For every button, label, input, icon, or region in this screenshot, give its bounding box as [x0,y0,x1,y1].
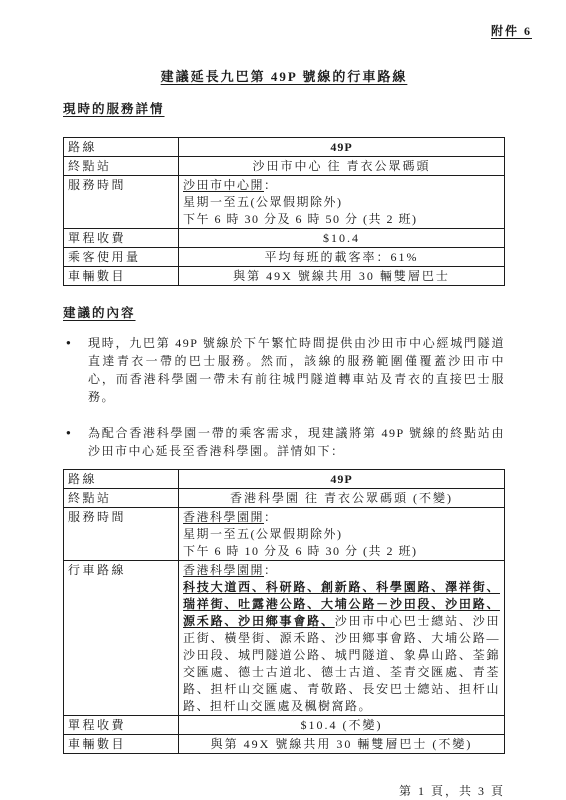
row-label-route: 路線 [64,138,179,157]
routing-streets: 科技大道西、科研路、創新路、科學園路、澤祥街、瑞祥街、吐露港公路、大埔公路－沙田… [183,579,500,715]
row-value-terminus: 沙田市中心 往 青衣公眾碼頭 [179,157,505,176]
row-label-service-hours: 服務時間 [64,508,179,561]
page-title: 建議延長九巴第 49P 號線的行車路線 [63,68,505,86]
row-label-fleet: 車輛數目 [64,735,179,754]
table-row-terminus: 終點站 沙田市中心 往 青衣公眾碼頭 [64,157,505,176]
table-row-fleet: 車輛數目 與第 49X 號線共用 30 輛雙層巴士 (不變) [64,735,505,754]
service-hours-times: 下午 6 時 30 分及 6 時 50 分 (共 2 班) [183,211,500,228]
row-label-route: 路線 [64,470,179,489]
table-row-route: 路線 49P [64,138,505,157]
row-label-fare: 單程收費 [64,229,179,248]
table-row-fare: 單程收費 $10.4 (不變) [64,716,505,735]
service-hours-days: 星期一至五(公眾假期除外) [183,526,500,543]
row-label-fleet: 車輛數目 [64,267,179,286]
routing-existing-segment: 沙田市中心巴士總站、沙田正街、橫壆街、源禾路、沙田鄉事會路、大埔公路—沙田段、城… [183,614,500,713]
proposed-service-table: 路線 49P 終點站 香港科學園 往 青衣公眾碼頭 (不變) 服務時間 香港科學… [63,469,505,754]
routing-origin: 香港科學園開 [183,563,264,577]
table-row-service-hours: 服務時間 沙田市中心開： 星期一至五(公眾假期除外) 下午 6 時 30 分及 … [64,176,505,229]
service-hours-origin: 香港科學園開 [183,510,264,524]
document-page: 附件 6 建議延長九巴第 49P 號線的行車路線 現時的服務詳情 路線 49P … [0,0,566,800]
table-row-service-hours: 服務時間 香港科學園開： 星期一至五(公眾假期除外) 下午 6 時 10 分及 … [64,508,505,561]
service-hours-origin: 沙田市中心開 [183,178,264,192]
row-value-terminus: 香港科學園 往 青衣公眾碼頭 (不變) [179,489,505,508]
section-heading-current-service: 現時的服務詳情 [63,100,505,118]
service-hours-colon: ： [264,510,278,524]
table-row-terminus: 終點站 香港科學園 往 青衣公眾碼頭 (不變) [64,489,505,508]
row-label-patronage: 乘客使用量 [64,248,179,267]
proposal-bullet-2-text: 為配合香港科學園一帶的乘客需求，現建議將第 49P 號線的終點站由沙田市中心延長… [88,424,505,460]
row-label-service-hours: 服務時間 [64,176,179,229]
table-row-routing: 行車路線 香港科學園開： 科技大道西、科研路、創新路、科學園路、澤祥街、瑞祥街、… [64,561,505,716]
bullet-icon: ● [63,424,88,460]
table-row-fleet: 車輛數目 與第 49X 號線共用 30 輛雙層巴士 [64,267,505,286]
row-value-fleet: 與第 49X 號線共用 30 輛雙層巴士 [179,267,505,286]
row-label-routing: 行車路線 [64,561,179,716]
row-label-fare: 單程收費 [64,716,179,735]
row-value-routing: 香港科學園開： 科技大道西、科研路、創新路、科學園路、澤祥街、瑞祥街、吐露港公路… [179,561,505,716]
current-service-table: 路線 49P 終點站 沙田市中心 往 青衣公眾碼頭 服務時間 沙田市中心開： 星… [63,137,505,286]
row-label-terminus: 終點站 [64,157,179,176]
service-hours-colon: ： [264,178,278,192]
bullet-icon: ● [63,334,88,406]
service-hours-times: 下午 6 時 10 分及 6 時 30 分 (共 2 班) [183,543,500,560]
page-number: 第 1 頁，共 3 頁 [63,782,505,800]
routing-origin-line: 香港科學園開： [183,562,500,579]
routing-colon: ： [264,563,278,577]
service-hours-days: 星期一至五(公眾假期除外) [183,194,500,211]
row-value-service-hours: 沙田市中心開： 星期一至五(公眾假期除外) 下午 6 時 30 分及 6 時 5… [179,176,505,229]
proposal-bullet-1: ● 現時，九巴第 49P 號線於下午繁忙時間提供由沙田市中心經城門隧道直達青衣一… [63,334,505,406]
table-row-route: 路線 49P [64,470,505,489]
document-content: 建議延長九巴第 49P 號線的行車路線 現時的服務詳情 路線 49P 終點站 沙… [63,68,505,800]
row-value-fare: $10.4 (不變) [179,716,505,735]
row-value-service-hours: 香港科學園開： 星期一至五(公眾假期除外) 下午 6 時 10 分及 6 時 3… [179,508,505,561]
row-label-terminus: 終點站 [64,489,179,508]
row-value-route: 49P [179,470,505,489]
service-hours-origin-line: 香港科學園開： [183,509,500,526]
row-value-route: 49P [179,138,505,157]
row-value-patronage: 平均每班的載客率：61% [179,248,505,267]
row-value-fleet: 與第 49X 號線共用 30 輛雙層巴士 (不變) [179,735,505,754]
row-value-fare: $10.4 [179,229,505,248]
attachment-label: 附件 6 [491,22,532,40]
table-row-fare: 單程收費 $10.4 [64,229,505,248]
table-row-patronage: 乘客使用量 平均每班的載客率：61% [64,248,505,267]
proposal-bullet-2: ● 為配合香港科學園一帶的乘客需求，現建議將第 49P 號線的終點站由沙田市中心… [63,424,505,460]
service-hours-origin-line: 沙田市中心開： [183,177,500,194]
section-heading-proposal: 建議的內容 [63,304,505,322]
proposal-bullet-1-text: 現時，九巴第 49P 號線於下午繁忙時間提供由沙田市中心經城門隧道直達青衣一帶的… [88,334,505,406]
